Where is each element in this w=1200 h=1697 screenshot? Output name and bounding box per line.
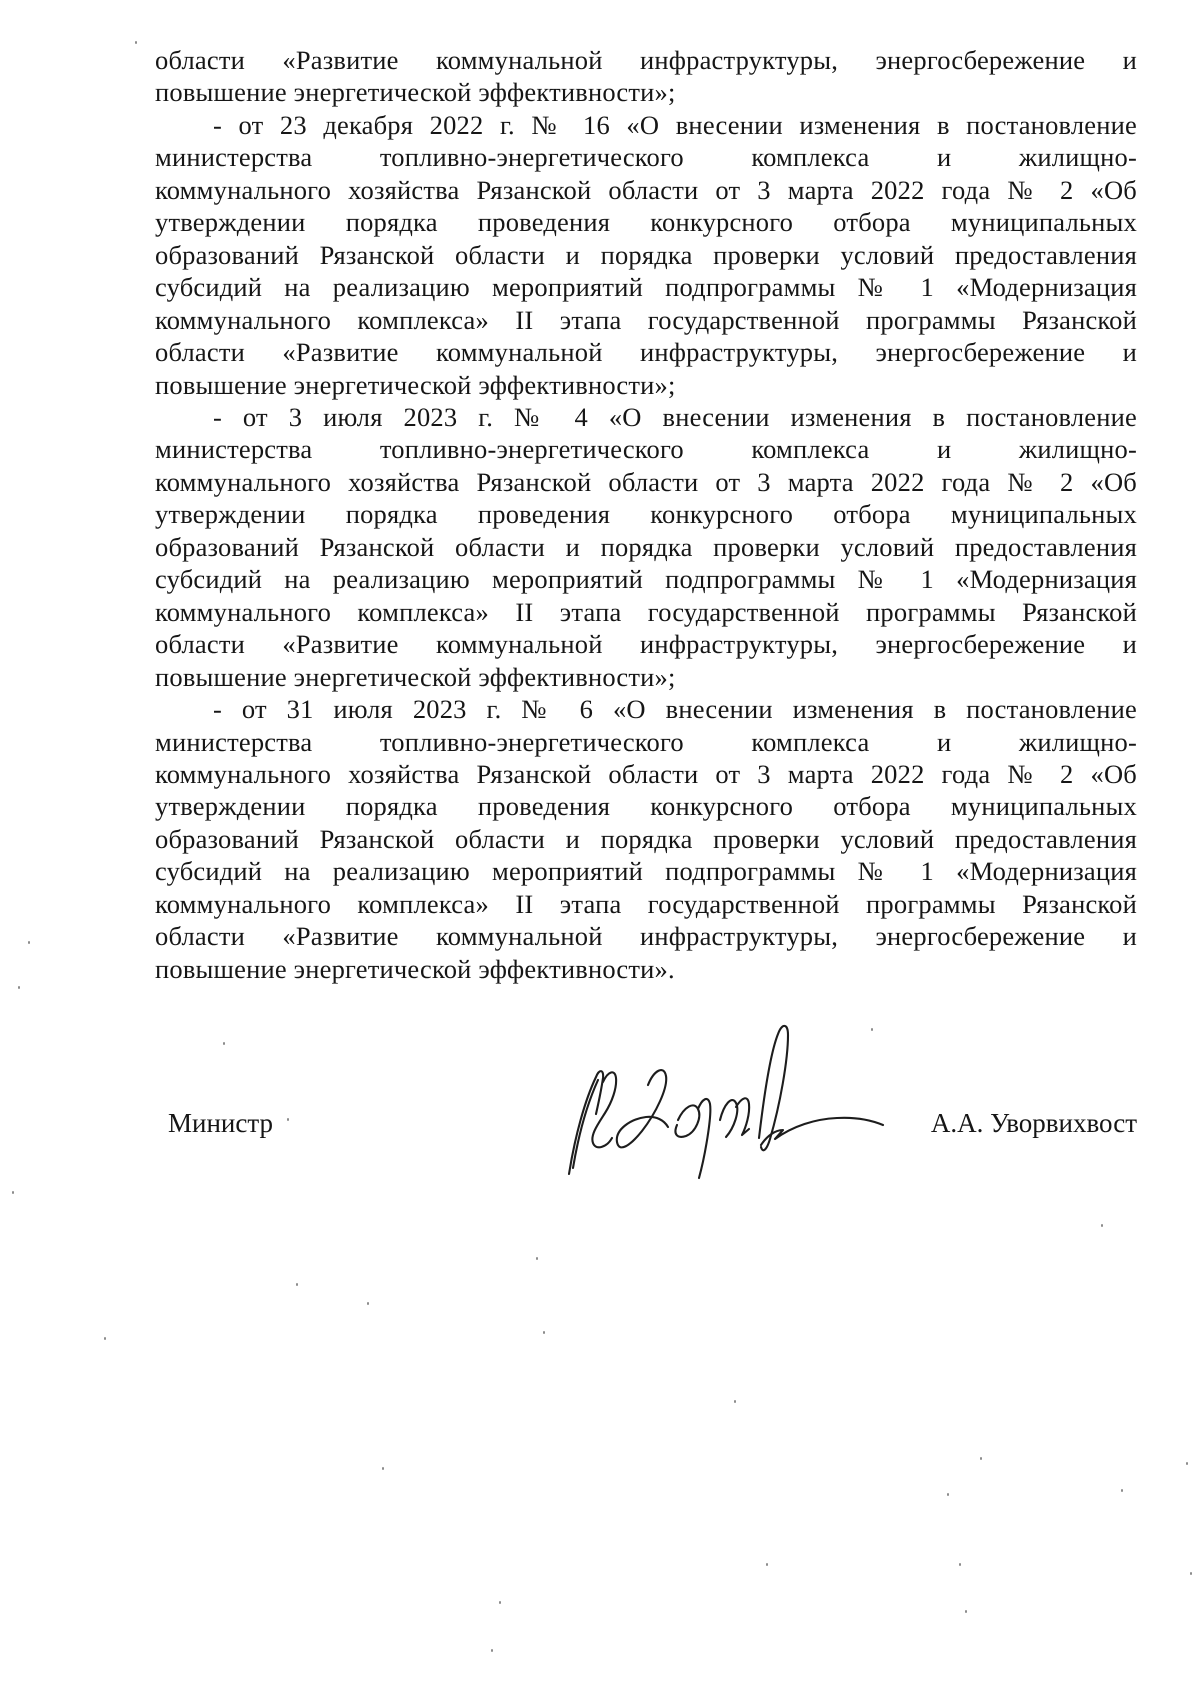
scan-speck [766,1563,768,1566]
scan-speck [980,1457,982,1460]
text-line: коммунального хозяйства Рязанской област… [155,758,1137,790]
scan-speck [382,1467,384,1470]
scan-speck [734,1400,736,1403]
text-line: области «Развитие коммунальной инфрастру… [155,628,1137,660]
signer-name: А.А. Уворвихвост [931,1106,1137,1140]
text-line: министерства топливно-энергетического ко… [155,141,1137,173]
scan-speck [491,1649,493,1652]
scan-speck [223,1042,225,1045]
scan-speck [1101,1224,1103,1227]
text-line: утверждении порядка проведения конкурсно… [155,498,1137,530]
document-body: области «Развитие коммунальной инфрастру… [155,44,1137,985]
text-line: образований Рязанской области и порядка … [155,823,1137,855]
scan-speck [543,1331,545,1334]
scan-speck [135,41,137,44]
scan-speck [959,1563,961,1566]
text-line: повышение энергетической эффективности»; [155,661,1137,693]
scan-speck [296,1283,298,1286]
scanned-document-page: области «Развитие коммунальной инфрастру… [0,0,1200,1697]
scan-speck [104,1337,106,1340]
text-line: коммунального хозяйства Рязанской област… [155,174,1137,206]
text-line: образований Рязанской области и порядка … [155,531,1137,563]
scan-speck [1186,1462,1188,1465]
scan-speck [12,1191,14,1194]
scan-speck [287,1118,289,1121]
text-line: субсидий на реализацию мероприятий подпр… [155,855,1137,887]
text-line: повышение энергетической эффективности»; [155,76,1137,108]
text-line: коммунального комплекса» II этапа госуда… [155,888,1137,920]
text-line: субсидий на реализацию мероприятий подпр… [155,563,1137,595]
text-line: области «Развитие коммунальной инфрастру… [155,44,1137,76]
text-line: утверждении порядка проведения конкурсно… [155,790,1137,822]
handwritten-signature-icon [553,1008,887,1180]
scan-speck [499,1601,501,1604]
text-line: утверждении порядка проведения конкурсно… [155,206,1137,238]
text-line: повышение энергетической эффективности». [155,953,1137,985]
scan-speck [965,1610,967,1613]
scan-speck [1190,1572,1192,1575]
signer-title: Министр [155,1106,273,1140]
scan-speck [871,1028,873,1031]
text-line: повышение энергетической эффективности»; [155,369,1137,401]
text-line: министерства топливно-энергетического ко… [155,726,1137,758]
text-line: субсидий на реализацию мероприятий подпр… [155,271,1137,303]
text-line: министерства топливно-энергетического ко… [155,433,1137,465]
scan-speck [28,941,30,944]
text-line: - от 23 декабря 2022 г. № 16 «О внесении… [155,109,1137,141]
text-line: коммунального хозяйства Рязанской област… [155,466,1137,498]
text-line: - от 3 июля 2023 г. № 4 «О внесении изме… [155,401,1137,433]
text-line: коммунального комплекса» II этапа госуда… [155,596,1137,628]
scan-speck [1121,1489,1123,1492]
scan-speck [947,1493,949,1496]
text-line: коммунального комплекса» II этапа госуда… [155,304,1137,336]
scan-speck [18,986,20,989]
text-line: образований Рязанской области и порядка … [155,239,1137,271]
text-line: области «Развитие коммунальной инфрастру… [155,336,1137,368]
text-line: - от 31 июля 2023 г. № 6 «О внесении изм… [155,693,1137,725]
text-line: области «Развитие коммунальной инфрастру… [155,920,1137,952]
scan-speck [536,1257,538,1260]
scan-speck [367,1302,369,1305]
